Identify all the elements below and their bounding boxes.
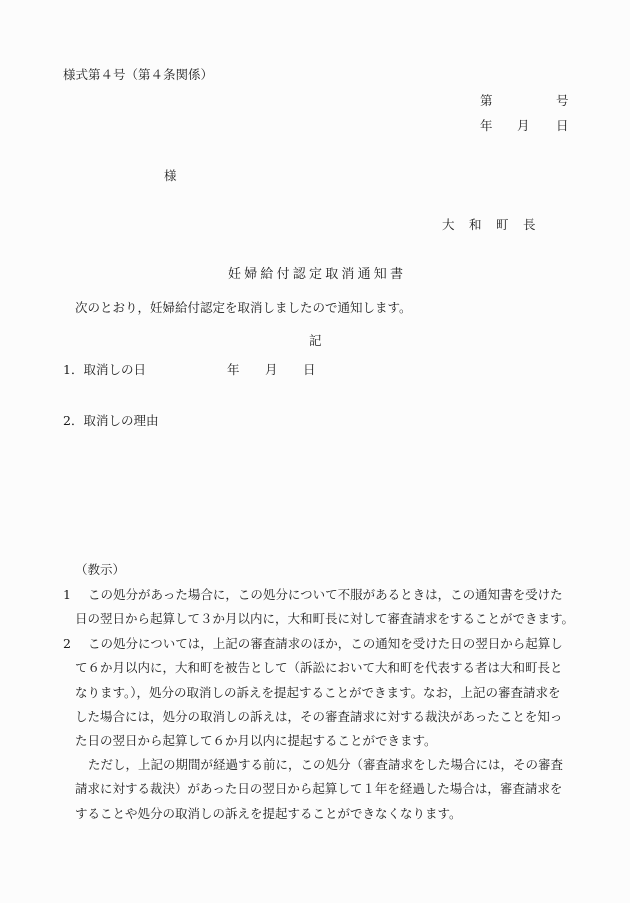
- number-prefix: 第: [480, 93, 493, 109]
- item-cancel-reason-label: 2．取消しの理由: [63, 413, 158, 429]
- instruction-entry-1: 1この処分があった場合に，この処分について不服があるときは，この通知書を受けた …: [63, 583, 578, 632]
- proviso-line: 請求に対する裁決）があった日の翌日から起算して１年を経過した場合は，審査請求を: [63, 777, 578, 801]
- instruction-entry-line: した場合には，処分の取消しの訴えは，その審査請求に対する裁決があったことを知っ: [63, 705, 578, 729]
- intro-text: 次のとおり，妊婦給付認定を取消しましたので通知します。: [75, 300, 412, 316]
- date-day: 日: [556, 118, 569, 134]
- instruction-entry-number: 2: [63, 632, 88, 656]
- instruction-entry-line: 日の翌日から起算して３か月以内に，大和町長に対して審査請求をすることができます。: [63, 607, 578, 631]
- item-cancel-date-month: 月: [265, 362, 278, 378]
- date-year: 年: [480, 118, 493, 134]
- item-cancel-date-day: 日: [303, 362, 316, 378]
- instruction-entry-line: この処分があった場合に，この処分について不服があるときは，この通知書を受けた: [88, 587, 563, 602]
- instruction-entry-line: この処分については，上記の審査請求のほか，この通知を受けた日の翌日から起算し: [88, 636, 563, 651]
- instruction-heading: （教示）: [75, 562, 125, 578]
- instruction-entry-number: 1: [63, 583, 88, 607]
- instruction-entry-line: なります。），処分の取消しの訴えを提起することができます。なお，上記の審査請求を: [63, 681, 578, 705]
- date-month: 月: [517, 118, 530, 134]
- instruction-entry-2: 2この処分については，上記の審査請求のほか，この通知を受けた日の翌日から起算し …: [63, 632, 578, 753]
- ki-heading: 記: [309, 333, 322, 349]
- item-cancel-date-label: 1．取消しの日: [63, 362, 146, 378]
- form-label: 様式第４号（第４条関係）: [63, 67, 213, 83]
- issuer: 大 和 町 長: [442, 217, 537, 233]
- proviso-line: ただし，上記の期間が経過する前に，この処分（審査請求をした場合には，その審査: [63, 753, 578, 777]
- number-suffix: 号: [556, 93, 569, 109]
- proviso-line: することや処分の取消しの訴えを提起することができなくなります。: [63, 802, 578, 826]
- instruction-entry-line: た日の翌日から起算して６か月以内に提起することができます。: [63, 729, 578, 753]
- instruction-entry-line: て６か月以内に，大和町を被告として（訴訟において大和町を代表する者は大和町長と: [63, 656, 578, 680]
- item-cancel-date-year: 年: [227, 362, 240, 378]
- document-title: 妊婦給付認定取消通知書: [228, 267, 406, 283]
- instruction-proviso: ただし，上記の期間が経過する前に，この処分（審査請求をした場合には，その審査 請…: [63, 753, 578, 826]
- recipient-suffix: 様: [164, 168, 177, 184]
